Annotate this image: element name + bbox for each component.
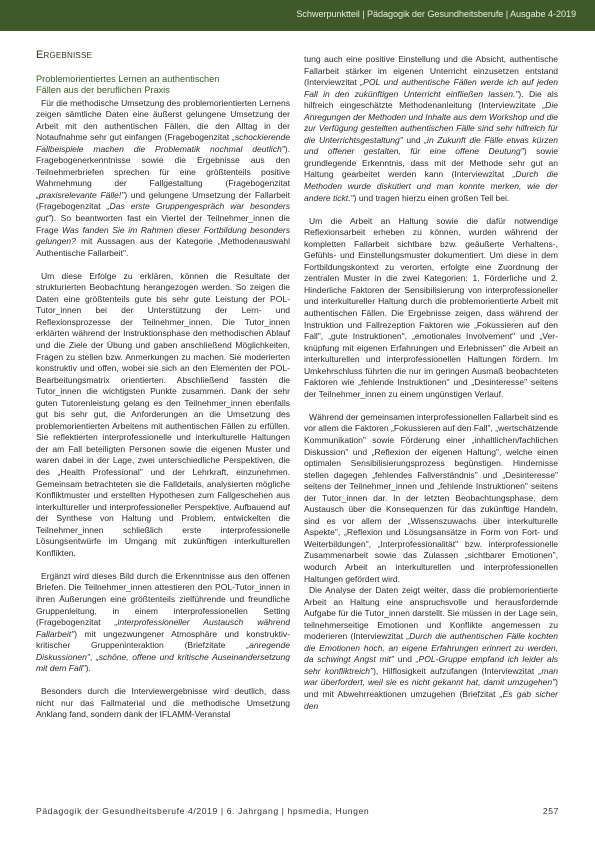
text-run: ). [86, 663, 91, 673]
right-column: tung auch eine positive Einstellung und … [304, 54, 558, 712]
section-title: Ergebnisse [36, 50, 290, 62]
left-column: Ergebnisse Problemorientiertes Lernen an… [36, 50, 290, 721]
running-header-title: Schwerpunktteil | Pädagogik der Gesundhe… [296, 9, 576, 19]
text-run: ) und tra­gen hierzu einen großen Teil b… [354, 193, 510, 203]
subsection-title-line2: Fällen aus der beruflichen Praxis [36, 85, 170, 95]
quote: „praxisrelevante Fälle!" [36, 190, 124, 200]
text-run: ), Hilflosigkeit aufzufangen (Interviewz… [373, 666, 538, 676]
text-run: und [394, 654, 416, 664]
paragraph: Während der gemeinsamen interprofessione… [304, 412, 558, 585]
paragraph: Besonders durch die Interviewergebnisse … [36, 686, 290, 721]
paragraph: Ergänzt wird dieses Bild durch die Erken… [36, 571, 290, 675]
paragraph: Die Analyse der Daten zeigt weiter, dass… [304, 585, 558, 712]
paragraph: tung auch eine positive Einstellung und … [304, 54, 558, 204]
paragraph: Um diese Erfolge zu erklären, können die… [36, 271, 290, 560]
paragraph: Für die methodische Umsetzung des proble… [36, 98, 290, 260]
footer-journal-info: Pädagogik der Gesundheitsberufe 4/2019 |… [36, 806, 369, 816]
running-header-bar: Schwerpunktteil | Pädagogik der Gesundhe… [0, 0, 595, 31]
text-run: und [403, 135, 424, 145]
paragraph: Um die Arbeit an Haltung sowie die dafür… [304, 216, 558, 401]
subsection-title-line1: Problemorientiertes Lernen an authentisc… [36, 74, 219, 84]
subsection-title: Problemorientiertes Lernen an authentisc… [36, 74, 290, 97]
page-number: 257 [543, 806, 559, 816]
